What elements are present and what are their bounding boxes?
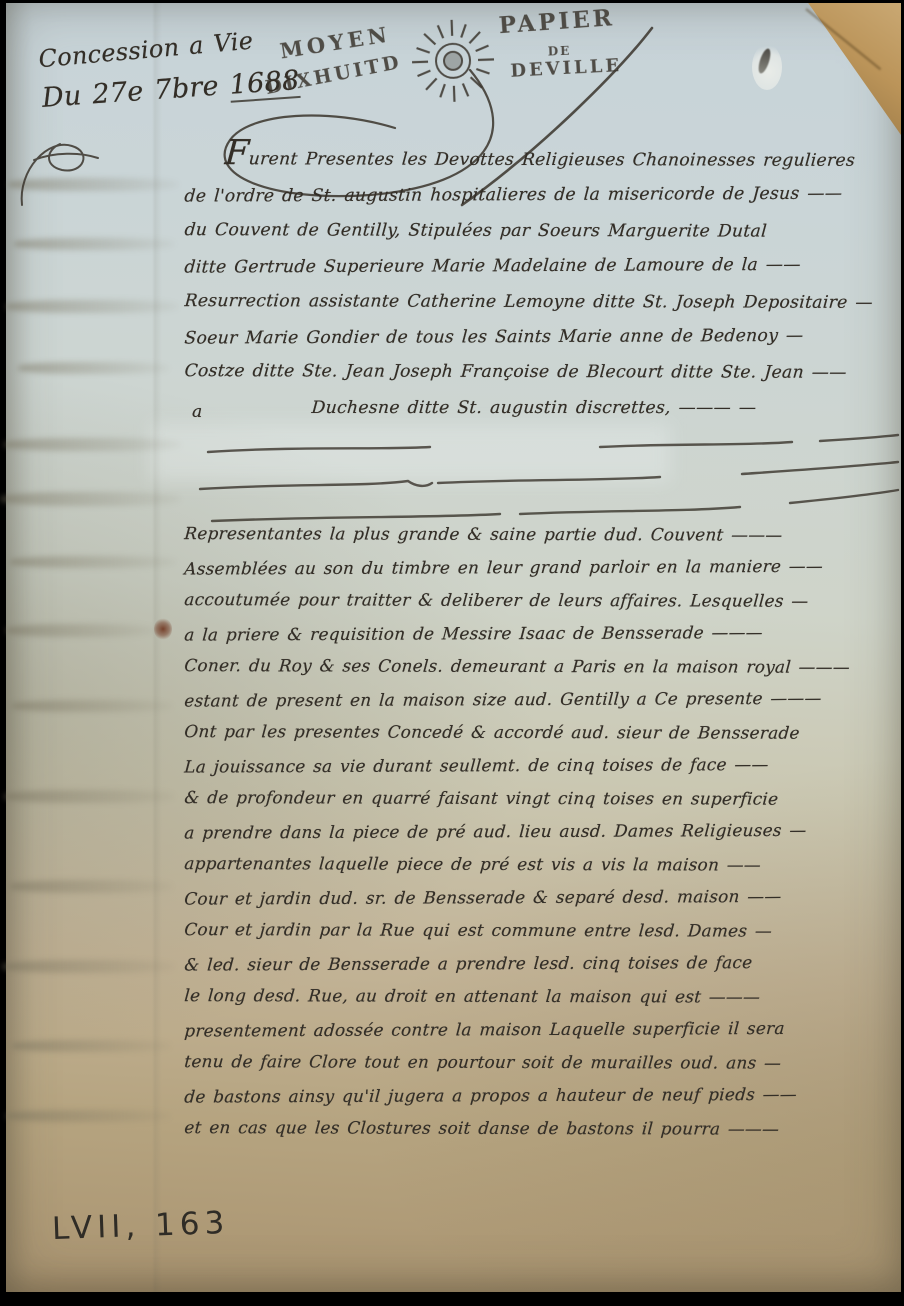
manuscript-line: La jouissance sa vie durant seullemt. de…: [183, 753, 897, 789]
verso-bleedthrough: [2, 960, 174, 973]
manuscript-line: du Couvent de Gentilly, Stipulées par So…: [183, 220, 898, 257]
manuscript-line: estant de present en la maison size aud.…: [183, 687, 897, 723]
paper-light-band: [150, 424, 670, 482]
verso-bleedthrough: [14, 238, 174, 250]
manuscript-line: presentement adossée contre la maison La…: [183, 1017, 897, 1053]
stamp-sun-icon: [396, 4, 510, 118]
manuscript-line: Resurrection assistante Catherine Lemoyn…: [183, 291, 898, 328]
manuscript-line: le long desd. Rue, au droit en attenant …: [183, 985, 897, 1020]
manuscript-line: & led. sieur de Bensserade a prendre les…: [183, 951, 897, 987]
verso-bleedthrough: [10, 880, 172, 893]
manuscript-body-paragraph1: Furent Presentes les Devottes Religieuse…: [184, 150, 896, 398]
verso-bleedthrough: [18, 362, 168, 374]
manuscript-line: & de profondeur en quarré faisant vingt …: [183, 787, 897, 822]
verso-bleedthrough: [12, 1040, 170, 1052]
manuscript-line: Assemblées au son du timbre en leur gran…: [183, 555, 897, 591]
manuscript-line: Soeur Marie Gondier de tous les Saints M…: [183, 325, 897, 364]
manuscript-line: a la priere & requisition de Messire Isa…: [183, 621, 897, 657]
manuscript-line: Ont par les presentes Concedé & accordé …: [183, 721, 897, 756]
verso-bleedthrough: [10, 556, 176, 568]
verso-bleedthrough: [8, 178, 178, 191]
manuscript-line: Costze ditte Ste. Jean Joseph Françoise …: [183, 361, 898, 398]
tax-stamp: MOYEN DIXHUITD PAPIER DE DEVILLE: [260, 0, 636, 122]
manuscript-line: appartenantes laquelle piece de pré est …: [183, 853, 897, 888]
manuscript-line: de bastons ainsy qu'il jugera a propos a…: [183, 1083, 897, 1119]
manuscript-body-paragraph2: Representantes la plus grande & saine pa…: [184, 524, 896, 1151]
manuscript-line: Cour et jardin par la Rue qui est commun…: [183, 919, 897, 954]
manuscript-line: tenu de faire Clore tout en pourtour soi…: [183, 1051, 897, 1086]
manuscript-line: Furent Presentes les Devottes Religieuse…: [183, 149, 898, 186]
verso-bleedthrough: [6, 1110, 170, 1122]
verso-bleedthrough: [0, 492, 180, 506]
manuscript-line: Coner. du Roy & ses Conels. demeurant a …: [183, 655, 897, 690]
manuscript-line: Cour et jardin dud. sr. de Bensserade & …: [183, 885, 897, 921]
stamp-text-de: DE: [548, 44, 572, 59]
manuscript-line: accoutumée pour traitter & deliberer de …: [183, 589, 897, 624]
manuscript-line: a prendre dans la piece de pré aud. lieu…: [183, 819, 897, 855]
verso-bleedthrough: [6, 624, 156, 637]
call-number-annotation: LVII, 163: [51, 1205, 229, 1247]
verso-bleedthrough: [6, 300, 178, 313]
verso-bleedthrough: [4, 790, 174, 803]
manuscript-photo: MOYEN DIXHUITD PAPIER DE DEVILLE Concess…: [0, 0, 904, 1306]
ink-stain: [154, 618, 172, 640]
verso-bleedthrough: [12, 700, 172, 712]
verso-bleedthrough: [4, 438, 180, 451]
manuscript-line: de l'ordre de St. augustin hospitalieres…: [183, 184, 897, 223]
manuscript-line: et en cas que les Clostures soit danse d…: [183, 1117, 897, 1152]
manuscript-line-centered: a Duchesne ditte St. augustin discrettes…: [184, 398, 884, 418]
stamp-text-papier: PAPIER: [498, 4, 616, 39]
manuscript-line: Representantes la plus grande & saine pa…: [183, 523, 897, 558]
manuscript-line: ditte Gertrude Superieure Marie Madelain…: [183, 255, 897, 294]
date-year: 1688: [229, 65, 301, 103]
stamp-text-deville: DEVILLE: [510, 55, 623, 82]
